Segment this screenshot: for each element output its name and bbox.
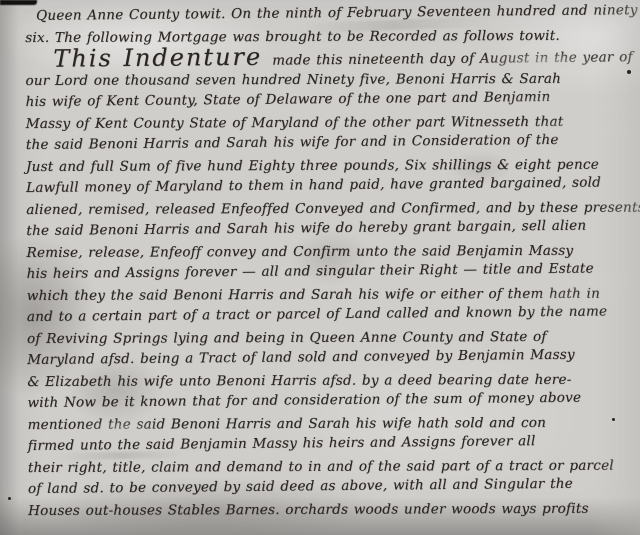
manuscript-line: Queen Anne County towit. On the ninth of… [25,0,632,27]
manuscript-line: the said Benoni Harris and Sarah his wif… [26,215,633,242]
manuscript-line: This Indenturemade this nineteenth day o… [25,43,632,70]
manuscript-line: and to a certain part of a tract or parc… [27,301,634,328]
manuscript-line: Houses out-houses Stables Barnes. orchar… [28,498,635,522]
manuscript-line: Lawfull money of Maryland to them in han… [26,172,633,199]
scan-corner-mark [0,0,37,5]
manuscript-line: the said Benoni Harris and Sarah his wif… [26,129,633,156]
manuscript-line: his wife of Kent County, State of Delawa… [25,86,632,113]
manuscript-line-rest: made this nineteenth day of August in th… [272,49,633,68]
manuscript-line: firmed unto the said Benjamin Massy his … [28,430,635,457]
manuscript-line: Maryland afsd. being a Tract of land sol… [27,344,634,371]
manuscript-line: of land sd. to be conveyed by said deed … [28,473,635,500]
manuscript-line: his heirs and Assigns forever — all and … [27,258,634,285]
manuscript-text: Queen Anne County towit. On the ninth of… [25,2,635,522]
ink-speck [8,497,11,500]
indenture-heading: This Indenture [53,43,262,73]
ink-speck [612,418,615,421]
scanned-manuscript-page: Queen Anne County towit. On the ninth of… [0,0,640,535]
manuscript-line: with Now be it known that for and consid… [27,387,634,414]
ink-speck [627,70,631,74]
